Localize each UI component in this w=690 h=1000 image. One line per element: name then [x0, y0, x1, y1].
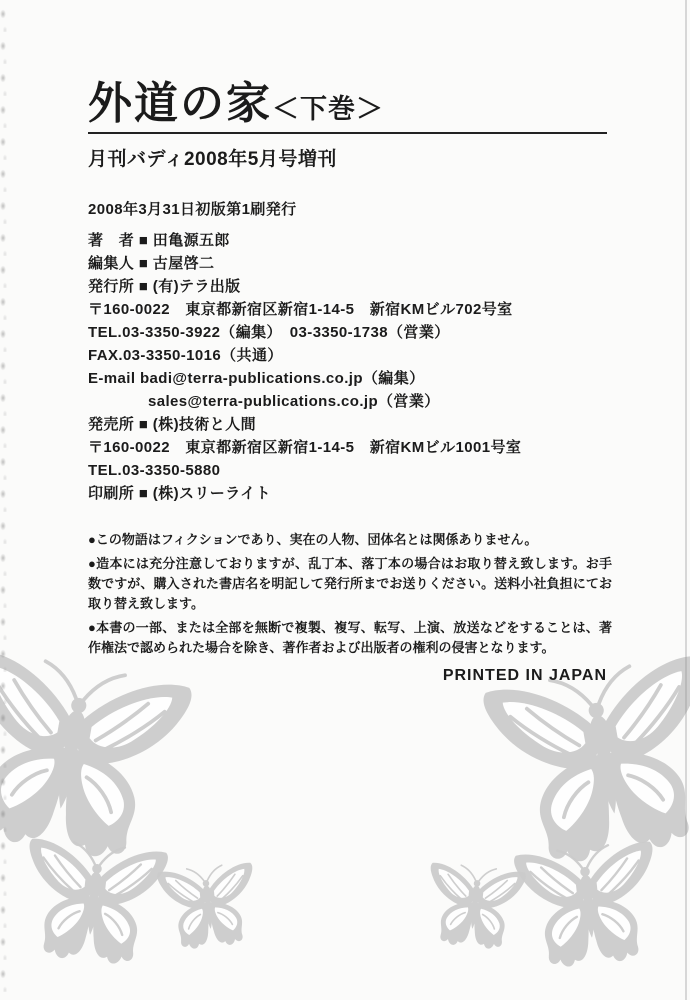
title-divider: [88, 132, 607, 134]
publisher-address-line: 〒160-0022 東京都新宿区新宿1-14-5 新宿KMビル702号室: [88, 298, 607, 321]
distributor-address-line: 〒160-0022 東京都新宿区新宿1-14-5 新宿KMビル1001号室: [88, 436, 607, 459]
fiction-disclaimer: ●この物語はフィクションであり、実在の人物、団体名とは関係ありません。: [88, 530, 612, 550]
book-title-volume: ＜下巻＞: [272, 94, 384, 124]
butterfly-icon: [148, 847, 268, 960]
printer-line: 印刷所 ■ (株)スリーライト: [88, 482, 607, 505]
distributor-tel-line: TEL.03-3350-5880: [88, 459, 607, 482]
publisher-line: 発行所 ■ (有)テラ出版: [88, 275, 607, 298]
author-line: 著 者 ■ 田亀源五郎: [88, 229, 607, 252]
book-title: 外道の家＜下巻＞: [88, 82, 607, 126]
magazine-issue-label: 月刊バディ2008年5月号増刊: [88, 144, 607, 171]
copyright-notice: ●本書の一部、または全部を無断で複製、複写、転写、上演、放送などをすることは、著…: [88, 618, 612, 658]
editor-line: 編集人 ■ 古屋啓二: [88, 252, 607, 275]
email-editorial-line: E-mail badi@terra-publications.co.jp（編集）: [88, 367, 607, 390]
replacement-notice: ●造本には充分注意しておりますが、乱丁本、落丁本の場合はお取り替え致します。お手…: [88, 554, 612, 614]
colophon-content: 外道の家＜下巻＞ 月刊バディ2008年5月号増刊 2008年3月31日初版第1刷…: [0, 0, 690, 685]
page-edge-shadow: [685, 0, 687, 1000]
book-title-main: 外道の家: [88, 79, 272, 128]
edition-line: 2008年3月31日初版第1刷発行: [88, 198, 607, 221]
publisher-tel-line: TEL.03-3350-3922（編集） 03-3350-1738（営業）: [88, 321, 607, 344]
butterfly-icon: [415, 847, 535, 960]
spiral-binding-marks: [0, 0, 12, 1000]
publisher-fax-line: FAX.03-3350-1016（共通）: [88, 344, 607, 367]
printed-in-japan-label: PRINTED IN JAPAN: [88, 667, 607, 685]
colophon-block: 2008年3月31日初版第1刷発行 著 者 ■ 田亀源五郎 編集人 ■ 古屋啓二…: [88, 198, 607, 505]
legal-notices: ●この物語はフィクションであり、実在の人物、団体名とは関係ありません。 ●造本に…: [88, 530, 612, 658]
email-sales-line: sales@terra-publications.co.jp（営業）: [88, 390, 607, 413]
distributor-line: 発売所 ■ (株)技術と人間: [88, 413, 607, 436]
colophon-page: 外道の家＜下巻＞ 月刊バディ2008年5月号増刊 2008年3月31日初版第1刷…: [0, 0, 690, 1000]
